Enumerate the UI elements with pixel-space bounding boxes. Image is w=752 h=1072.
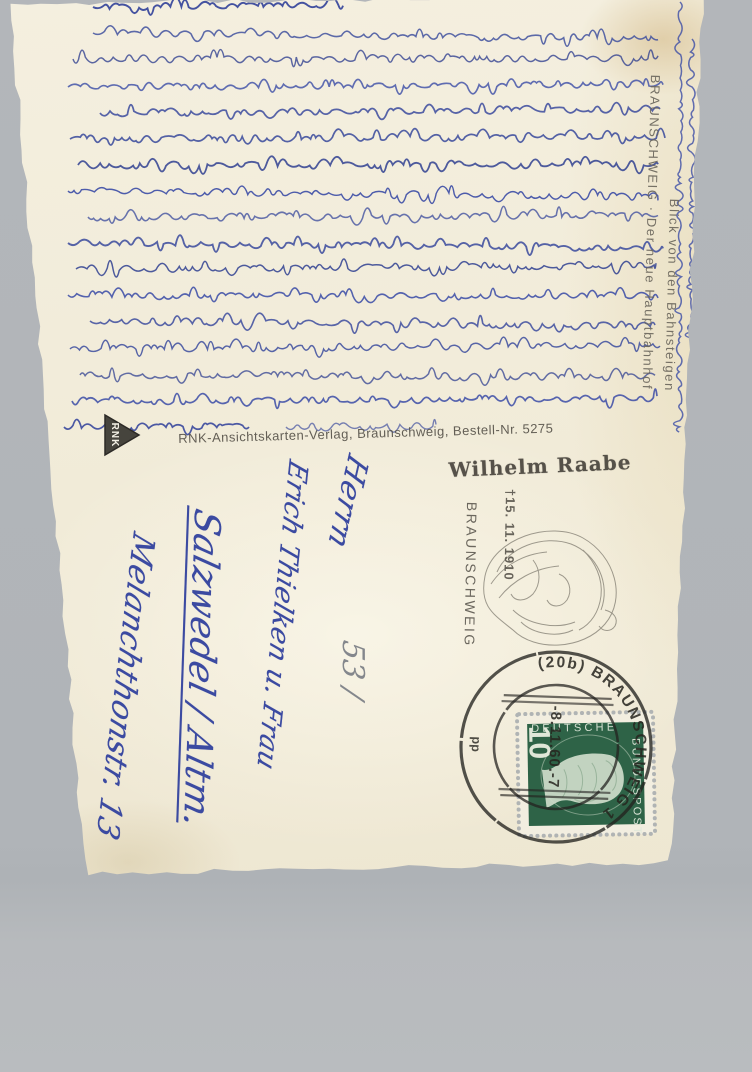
circular-postmark: (20b) BRAUNSCHWEIG 1 -8.11.60.-7 pp bbox=[450, 641, 662, 853]
message-line bbox=[72, 389, 657, 408]
message-line bbox=[73, 50, 658, 67]
message-line bbox=[78, 156, 658, 174]
caption-line-2: Blick von den Bahnsteigen bbox=[662, 199, 682, 393]
message-line bbox=[93, 26, 658, 46]
address-postal-code-note: 53 / bbox=[335, 638, 370, 702]
message-line bbox=[93, 0, 343, 15]
caption-line-1: BRAUNSCHWEIG · Der neue Hauptbahnhof bbox=[640, 75, 663, 391]
address-recipient-name: Erich Thielken u. Frau bbox=[251, 456, 313, 774]
postcard: BRAUNSCHWEIG · Der neue Hauptbahnhof Bli… bbox=[8, 0, 714, 882]
handwritten-message bbox=[8, 0, 714, 464]
message-line bbox=[88, 206, 658, 225]
address-street: Melanchthonstr. 13 bbox=[89, 528, 161, 845]
message-line bbox=[70, 128, 665, 145]
message-line bbox=[76, 259, 656, 277]
scan-background: BRAUNSCHWEIG · Der neue Hauptbahnhof Bli… bbox=[0, 0, 752, 1072]
publisher-imprint: RNK-Ansichtskarten-Verlag, Braunschweig,… bbox=[178, 419, 598, 446]
message-line bbox=[68, 287, 658, 302]
publisher-logo-icon: RNK bbox=[101, 411, 143, 459]
message-line bbox=[100, 103, 660, 120]
message-line bbox=[80, 368, 655, 385]
message-margin-line bbox=[685, 39, 695, 359]
raabe-cancel-title: Wilhelm Raabe bbox=[448, 450, 632, 482]
rnk-letters: RNK bbox=[109, 423, 120, 448]
postmark-letter-code: pp bbox=[469, 736, 484, 752]
message-line bbox=[68, 79, 663, 94]
message-line bbox=[68, 235, 663, 255]
message-line bbox=[70, 337, 660, 357]
postmark-date: -8.11.60.-7 bbox=[545, 705, 565, 788]
message-line bbox=[68, 186, 658, 204]
address-city: Salzwedel / Altm. bbox=[175, 505, 227, 832]
message-line bbox=[90, 313, 655, 333]
address-recipient-title: Herrn bbox=[321, 449, 374, 555]
